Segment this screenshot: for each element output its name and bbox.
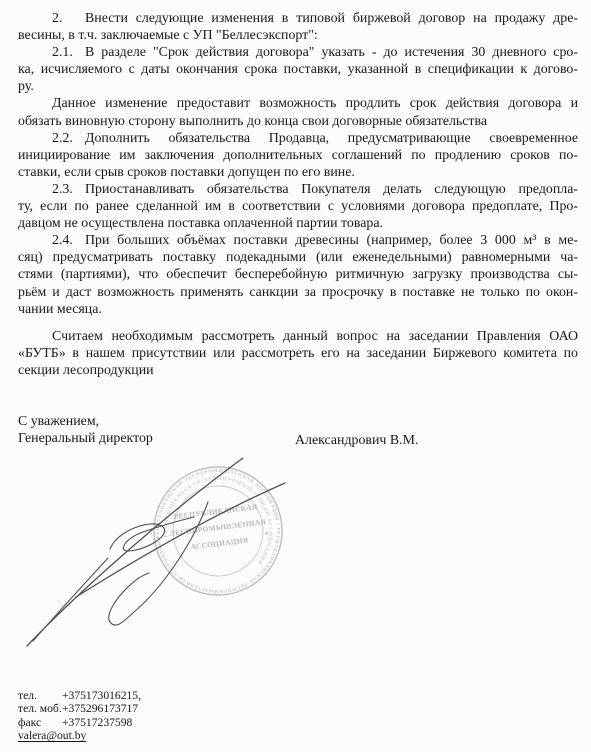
text-line: стями (партиями), что обеспечит беспереб… [18,266,578,283]
text-line: ка, исчисляемого с даты окончания срока … [18,61,578,78]
line-text: Данное изменение предоставит возможность… [52,96,578,111]
paragraph-number: 2. [52,10,85,27]
line-text: Дополнить обязательства Продавца, предус… [85,131,578,146]
paragraph-2-3: 2.3.Приостанавливать обязательства Покуп… [18,181,578,232]
document-body: 2.Внести следующие изменения в типовой б… [18,10,578,447]
stamp-text-line3: АССОЦИАЦИЯ [190,535,249,551]
text-line: ту, если по ранее сделанной им в соответ… [18,198,578,215]
contact-value: +375296173717 [62,702,138,715]
text-line: ру. [18,78,578,95]
text-line: 2.4.При больших объёмах поставки древеси… [18,232,578,249]
paragraph-number: 2.1. [52,44,85,61]
contact-row: тел.+375173016215, [18,689,141,702]
signature-row: Генеральный директор Александрович В.М. [18,430,578,447]
text-line: «БУТБ» в нашем присутствии или рассмотре… [18,345,578,362]
contact-value: +375173016215, [62,689,141,702]
contact-value: +37517237598 [62,716,132,729]
paragraph-number: 2.2. [52,130,85,147]
line-text: Приостанавливать обязательства Покупател… [85,182,578,197]
line-text: Считаем необходимым рассмотреть данный в… [52,329,578,344]
line-text: Внести следующие изменения в типовой бир… [85,11,578,26]
paragraph-2-4: 2.4.При больших объёмах поставки древеси… [18,232,578,317]
paragraph-2-2: 2.2.Дополнить обязательства Продавца, пр… [18,130,578,181]
paragraph-2-1: 2.1.В разделе "Срок действия договора" у… [18,44,578,95]
text-line: чании месяца. [18,301,578,318]
director-title: Генеральный директор [18,431,153,446]
text-line: ставки, если срыв сроков поставки допуще… [18,164,578,181]
paragraph-2: 2.Внести следующие изменения в типовой б… [18,10,578,44]
contact-label: тел. моб. [18,702,62,715]
paragraph-list: 2.Внести следующие изменения в типовой б… [18,10,578,379]
text-line: секции лесопродукции [18,362,578,379]
signer-name: Александрович В.М. [295,432,418,449]
signature-and-stamp: РЕСПУБЛИКАНСКАЯ ЛЕСОПРОМЫШЛЕННАЯ АССОЦИА… [20,448,325,673]
paragraph-text: Считаем необходимым рассмотреть данный в… [18,328,578,379]
line-text: В разделе "Срок действия договора" указа… [85,45,578,60]
contact-block: тел.+375173016215,тел. моб.+375296173717… [18,689,141,743]
text-line: давцом не осуществлена поставка оплаченн… [18,215,578,232]
text-line: инициирование им заключения дополнительн… [18,147,578,164]
email-link: valera@out.by [18,729,141,742]
text-line: Считаем необходимым рассмотреть данный в… [18,328,578,345]
stamp-seal: РЕСПУБЛИКАНСКАЯ ЛЕСОПРОМЫШЛЕННАЯ АССОЦИА… [20,448,289,621]
text-line: рьём и даст возможность применять санкци… [18,284,578,301]
stamp-text-line1: РЕСПУБЛИКАНСКАЯ [173,502,258,521]
contact-label: факс [18,716,62,729]
text-line: весины, в т.ч. заключаемые с УП "Беллесэ… [18,27,578,44]
salutation: С уважением, [18,413,578,430]
text-line: 2.2.Дополнить обязательства Продавца, пр… [18,130,578,147]
contact-row: тел. моб.+375296173717 [18,702,141,715]
text-line: обязать виновную сторону выполнить до ко… [18,113,578,130]
contact-rows: тел.+375173016215,тел. моб.+375296173717… [18,689,141,729]
paragraph-text: Данное изменение предоставит возможность… [18,95,578,129]
line-text: При больших объёмах поставки древесины (… [85,233,578,248]
text-line: 2.1.В разделе "Срок действия договора" у… [18,44,578,61]
contact-label: тел. [18,689,62,702]
closing-block: С уважением, Генеральный директор Алекса… [18,413,578,447]
text-line: сяц) предусматривать поставку подекадным… [18,249,578,266]
text-line: Данное изменение предоставит возможность… [18,95,578,112]
paragraph-number: 2.3. [52,181,85,198]
text-line: 2.3.Приостанавливать обязательства Покуп… [18,181,578,198]
text-line: 2.Внести следующие изменения в типовой б… [18,10,578,27]
paragraph-number: 2.4. [52,232,85,249]
contact-row: факс+37517237598 [18,716,141,729]
scanned-letter-page: 2.Внести следующие изменения в типовой б… [0,0,591,752]
